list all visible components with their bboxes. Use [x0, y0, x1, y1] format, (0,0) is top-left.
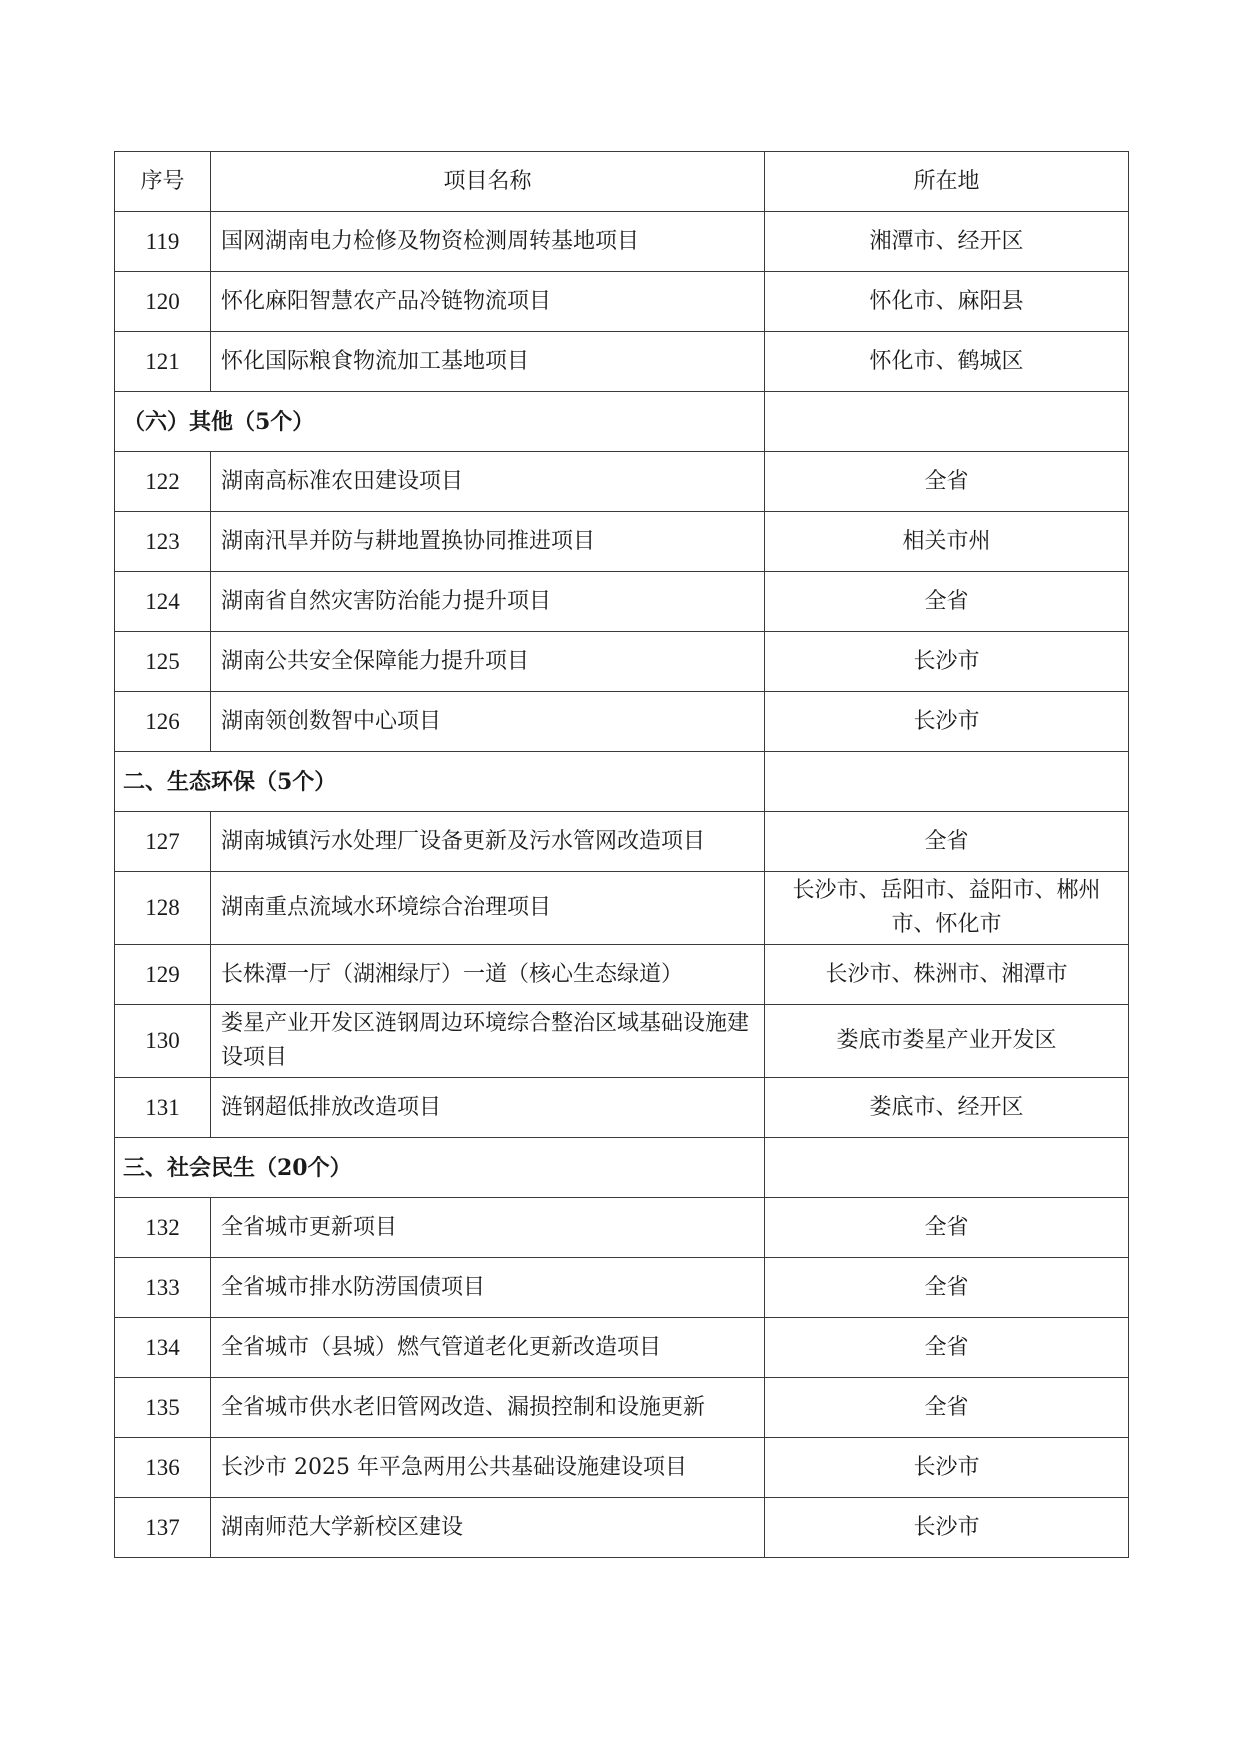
section-row: 二、生态环保（5个） — [115, 752, 1129, 812]
row-project-name: 国网湖南电力检修及物资检测周转基地项目 — [211, 212, 765, 272]
row-no: 132 — [115, 1198, 211, 1258]
row-location: 湘潭市、经开区 — [765, 212, 1129, 272]
row-no: 130 — [115, 1005, 211, 1078]
row-no: 131 — [115, 1078, 211, 1138]
row-no: 125 — [115, 632, 211, 692]
row-no: 137 — [115, 1498, 211, 1558]
row-project-name: 怀化国际粮食物流加工基地项目 — [211, 332, 765, 392]
table-row: 137 湖南师范大学新校区建设 长沙市 — [115, 1498, 1129, 1558]
header-project-name: 项目名称 — [211, 152, 765, 212]
row-project-name: 全省城市（县城）燃气管道老化更新改造项目 — [211, 1318, 765, 1378]
row-location: 全省 — [765, 1318, 1129, 1378]
table-row: 130 娄星产业开发区涟钢周边环境综合整治区域基础设施建设项目 娄底市娄星产业开… — [115, 1005, 1129, 1078]
row-location: 娄底市娄星产业开发区 — [765, 1005, 1129, 1078]
table-header-row: 序号 项目名称 所在地 — [115, 152, 1129, 212]
section-row: 三、社会民生（20个） — [115, 1138, 1129, 1198]
table-row: 122 湖南高标准农田建设项目 全省 — [115, 452, 1129, 512]
row-no: 124 — [115, 572, 211, 632]
table-row: 134 全省城市（县城）燃气管道老化更新改造项目 全省 — [115, 1318, 1129, 1378]
row-project-name: 湖南公共安全保障能力提升项目 — [211, 632, 765, 692]
row-no: 129 — [115, 945, 211, 1005]
row-location: 长沙市 — [765, 632, 1129, 692]
row-no: 123 — [115, 512, 211, 572]
row-location: 全省 — [765, 452, 1129, 512]
row-no: 121 — [115, 332, 211, 392]
row-location: 怀化市、麻阳县 — [765, 272, 1129, 332]
row-location: 全省 — [765, 1378, 1129, 1438]
document-page: 序号 项目名称 所在地 119 国网湖南电力检修及物资检测周转基地项目 湘潭市、… — [114, 151, 1128, 1558]
table-row: 123 湖南汛旱并防与耕地置换协同推进项目 相关市州 — [115, 512, 1129, 572]
row-project-name: 湖南领创数智中心项目 — [211, 692, 765, 752]
header-location: 所在地 — [765, 152, 1129, 212]
row-location: 怀化市、鹤城区 — [765, 332, 1129, 392]
table-row: 131 涟钢超低排放改造项目 娄底市、经开区 — [115, 1078, 1129, 1138]
row-location: 相关市州 — [765, 512, 1129, 572]
section-title: （六）其他（5个） — [115, 392, 765, 452]
table-row: 128 湖南重点流域水环境综合治理项目 长沙市、岳阳市、益阳市、郴州市、怀化市 — [115, 872, 1129, 945]
row-location: 长沙市、岳阳市、益阳市、郴州市、怀化市 — [765, 872, 1129, 945]
row-no: 128 — [115, 872, 211, 945]
row-no: 133 — [115, 1258, 211, 1318]
section-location-empty — [765, 1138, 1129, 1198]
row-project-name: 全省城市更新项目 — [211, 1198, 765, 1258]
table-row: 127 湖南城镇污水处理厂设备更新及污水管网改造项目 全省 — [115, 812, 1129, 872]
row-project-name: 湖南省自然灾害防治能力提升项目 — [211, 572, 765, 632]
row-project-name: 湖南汛旱并防与耕地置换协同推进项目 — [211, 512, 765, 572]
row-project-name: 湖南师范大学新校区建设 — [211, 1498, 765, 1558]
table-row: 119 国网湖南电力检修及物资检测周转基地项目 湘潭市、经开区 — [115, 212, 1129, 272]
row-no: 122 — [115, 452, 211, 512]
row-project-name: 长株潭一厅（湖湘绿厅）一道（核心生态绿道） — [211, 945, 765, 1005]
row-no: 119 — [115, 212, 211, 272]
section-location-empty — [765, 392, 1129, 452]
row-location: 全省 — [765, 572, 1129, 632]
section-title: 二、生态环保（5个） — [115, 752, 765, 812]
row-project-name: 长沙市 2025 年平急两用公共基础设施建设项目 — [211, 1438, 765, 1498]
table-row: 120 怀化麻阳智慧农产品冷链物流项目 怀化市、麻阳县 — [115, 272, 1129, 332]
row-location: 全省 — [765, 1198, 1129, 1258]
header-no: 序号 — [115, 152, 211, 212]
row-project-name: 涟钢超低排放改造项目 — [211, 1078, 765, 1138]
table-row: 133 全省城市排水防涝国债项目 全省 — [115, 1258, 1129, 1318]
row-project-name: 全省城市排水防涝国债项目 — [211, 1258, 765, 1318]
table-row: 135 全省城市供水老旧管网改造、漏损控制和设施更新 全省 — [115, 1378, 1129, 1438]
row-no: 135 — [115, 1378, 211, 1438]
row-project-name: 湖南重点流域水环境综合治理项目 — [211, 872, 765, 945]
row-project-name: 湖南城镇污水处理厂设备更新及污水管网改造项目 — [211, 812, 765, 872]
row-location: 娄底市、经开区 — [765, 1078, 1129, 1138]
table-row: 124 湖南省自然灾害防治能力提升项目 全省 — [115, 572, 1129, 632]
table-row: 129 长株潭一厅（湖湘绿厅）一道（核心生态绿道） 长沙市、株洲市、湘潭市 — [115, 945, 1129, 1005]
row-location: 长沙市 — [765, 692, 1129, 752]
row-location: 全省 — [765, 1258, 1129, 1318]
table-row: 132 全省城市更新项目 全省 — [115, 1198, 1129, 1258]
row-project-name: 全省城市供水老旧管网改造、漏损控制和设施更新 — [211, 1378, 765, 1438]
row-location: 长沙市 — [765, 1498, 1129, 1558]
row-location: 全省 — [765, 812, 1129, 872]
section-location-empty — [765, 752, 1129, 812]
table-row: 125 湖南公共安全保障能力提升项目 长沙市 — [115, 632, 1129, 692]
row-project-name: 娄星产业开发区涟钢周边环境综合整治区域基础设施建设项目 — [211, 1005, 765, 1078]
table-row: 126 湖南领创数智中心项目 长沙市 — [115, 692, 1129, 752]
row-project-name: 湖南高标准农田建设项目 — [211, 452, 765, 512]
project-table: 序号 项目名称 所在地 119 国网湖南电力检修及物资检测周转基地项目 湘潭市、… — [114, 151, 1129, 1558]
table-row: 136 长沙市 2025 年平急两用公共基础设施建设项目 长沙市 — [115, 1438, 1129, 1498]
row-project-name: 怀化麻阳智慧农产品冷链物流项目 — [211, 272, 765, 332]
row-no: 136 — [115, 1438, 211, 1498]
row-no: 126 — [115, 692, 211, 752]
table-row: 121 怀化国际粮食物流加工基地项目 怀化市、鹤城区 — [115, 332, 1129, 392]
section-row: （六）其他（5个） — [115, 392, 1129, 452]
row-location: 长沙市 — [765, 1438, 1129, 1498]
row-location: 长沙市、株洲市、湘潭市 — [765, 945, 1129, 1005]
row-no: 134 — [115, 1318, 211, 1378]
row-no: 127 — [115, 812, 211, 872]
row-no: 120 — [115, 272, 211, 332]
section-title: 三、社会民生（20个） — [115, 1138, 765, 1198]
